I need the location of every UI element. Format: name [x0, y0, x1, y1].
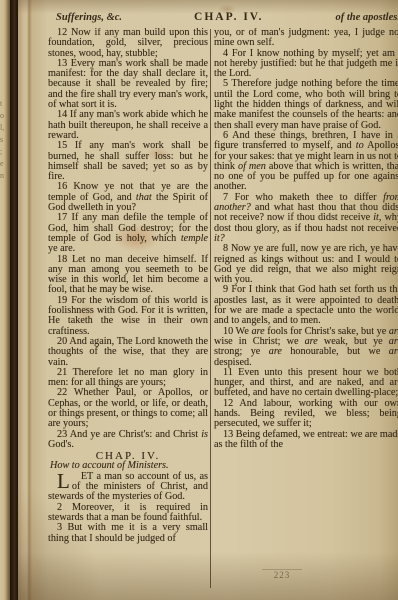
verse-paragraph: 11 Even unto this present hour we both h…	[214, 368, 398, 399]
edge-text-fragment: e	[0, 160, 10, 168]
edge-text-fragment: n	[0, 172, 10, 180]
book-binding-gutter	[10, 0, 18, 600]
column-divider-rule	[210, 29, 211, 588]
running-head: Sufferings, &c. CHAP. IV. of the apostle…	[48, 11, 398, 25]
verse-paragraph: 3 But with me it is a very small thing t…	[48, 523, 208, 544]
edge-text-fragment: l,	[0, 124, 10, 132]
running-head-right: of the apostles.	[336, 12, 398, 23]
drop-cap: L	[48, 472, 72, 490]
page-number: 223	[262, 569, 302, 580]
verse-paragraph: 14 If any man's work abide which he hath…	[48, 110, 208, 141]
verse-paragraph: 6 And these things, brethren, I have in …	[214, 131, 398, 193]
page: Sufferings, &c. CHAP. IV. of the apostle…	[18, 0, 398, 600]
verse-paragraph: 23 And ye are Christ's: and Christ is Go…	[48, 430, 208, 451]
left-column: 12 Now if any man build upon this founda…	[48, 28, 208, 592]
edge-text-fragment: o	[0, 112, 10, 120]
verse-paragraph: LET a man so account of us, as of the mi…	[48, 472, 208, 503]
verse-paragraph: 19 For the wisdom of this world is fooli…	[48, 296, 208, 337]
verse-paragraph: 10 We are fools for Christ's sake, but y…	[214, 327, 398, 368]
verse-paragraph: 9 For I think that God hath set forth us…	[214, 285, 398, 326]
previous-page-edge: tol,s;en	[0, 0, 10, 600]
verse-paragraph: 2 Moreover, it is required in stewards t…	[48, 503, 208, 524]
verse-paragraph: 20 And again, The Lord knoweth the thoug…	[48, 337, 208, 368]
verse-paragraph: 12 Now if any man build upon this founda…	[48, 28, 208, 59]
book-page-photo: tol,s;en Sufferings, &c. CHAP. IV. of th…	[0, 0, 398, 600]
verse-paragraph: 18 Let no man deceive himself. If any ma…	[48, 255, 208, 296]
chapter-title: CHAP. IV.	[194, 11, 263, 23]
edge-text-fragment: ;	[0, 148, 10, 156]
edge-text-fragment: t	[0, 100, 10, 108]
verse-paragraph: 17 If any man defile the temple of God, …	[48, 213, 208, 254]
verse-paragraph: 15 If any man's work shall be burned, he…	[48, 141, 208, 182]
verse-continuation: you, or of man's judgment: yea, I judge …	[214, 28, 398, 49]
verse-paragraph: 8 Now ye are full, now ye are rich, ye h…	[214, 244, 398, 285]
verse-paragraph: 4 For I know nothing by myself; yet am I…	[214, 49, 398, 80]
verse-paragraph: 12 And labour, working with our own hand…	[214, 399, 398, 430]
running-head-left: Sufferings, &c.	[56, 12, 122, 23]
verse-paragraph: 13 Being defamed, we entreat: we are mad…	[214, 430, 398, 451]
edge-text-fragment: s	[0, 136, 10, 144]
verse-paragraph: 22 Whether Paul, or Apollos, or Cephas, …	[48, 388, 208, 429]
verse-paragraph: 13 Every man's work shall be made manife…	[48, 59, 208, 110]
right-column: you, or of man's judgment: yea, I judge …	[214, 28, 398, 592]
verse-paragraph: 21 Therefore let no man glory in men: fo…	[48, 368, 208, 389]
verse-paragraph: 5 Therefore judge nothing before the tim…	[214, 79, 398, 130]
two-column-text: 12 Now if any man build upon this founda…	[48, 28, 398, 592]
text-block: Sufferings, &c. CHAP. IV. of the apostle…	[48, 11, 398, 592]
verse-paragraph: 7 For who maketh thee to differ from ano…	[214, 193, 398, 244]
verse-paragraph: 16 Know ye not that ye are the temple of…	[48, 182, 208, 213]
